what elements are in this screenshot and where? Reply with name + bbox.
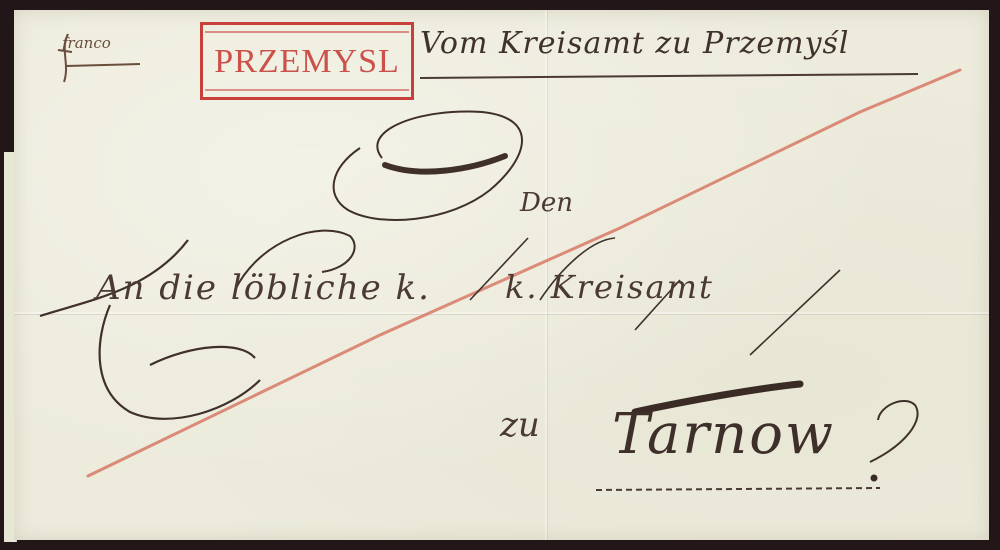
descender-stroke-2 [750,270,840,355]
rate-mark-9-stroke [385,156,505,172]
top-line-underline [420,74,918,78]
rate-mark: 9 [392,122,393,124]
tarnow-dot [871,475,878,482]
address-destination: Tarnow [612,402,835,467]
tarnow-dotted-underline [596,488,880,490]
address-flourish-left [40,240,260,419]
rate-mark-9-oval [334,112,522,220]
tarnow-final-flourish [870,401,918,462]
address-preposition: zu [500,405,540,445]
postmark-przemysl: PRZEMYSL [200,22,414,100]
franco-endorsement: franco [62,34,111,52]
address-line-2: k. Kreisamt [505,268,714,306]
address-salutation: Den [520,188,573,218]
postmark-text: PRZEMYSL [203,43,411,81]
address-line-1: An die löbliche k. [96,268,431,308]
top-line-note: Vom Kreisamt zu Przemyśl [420,26,850,61]
